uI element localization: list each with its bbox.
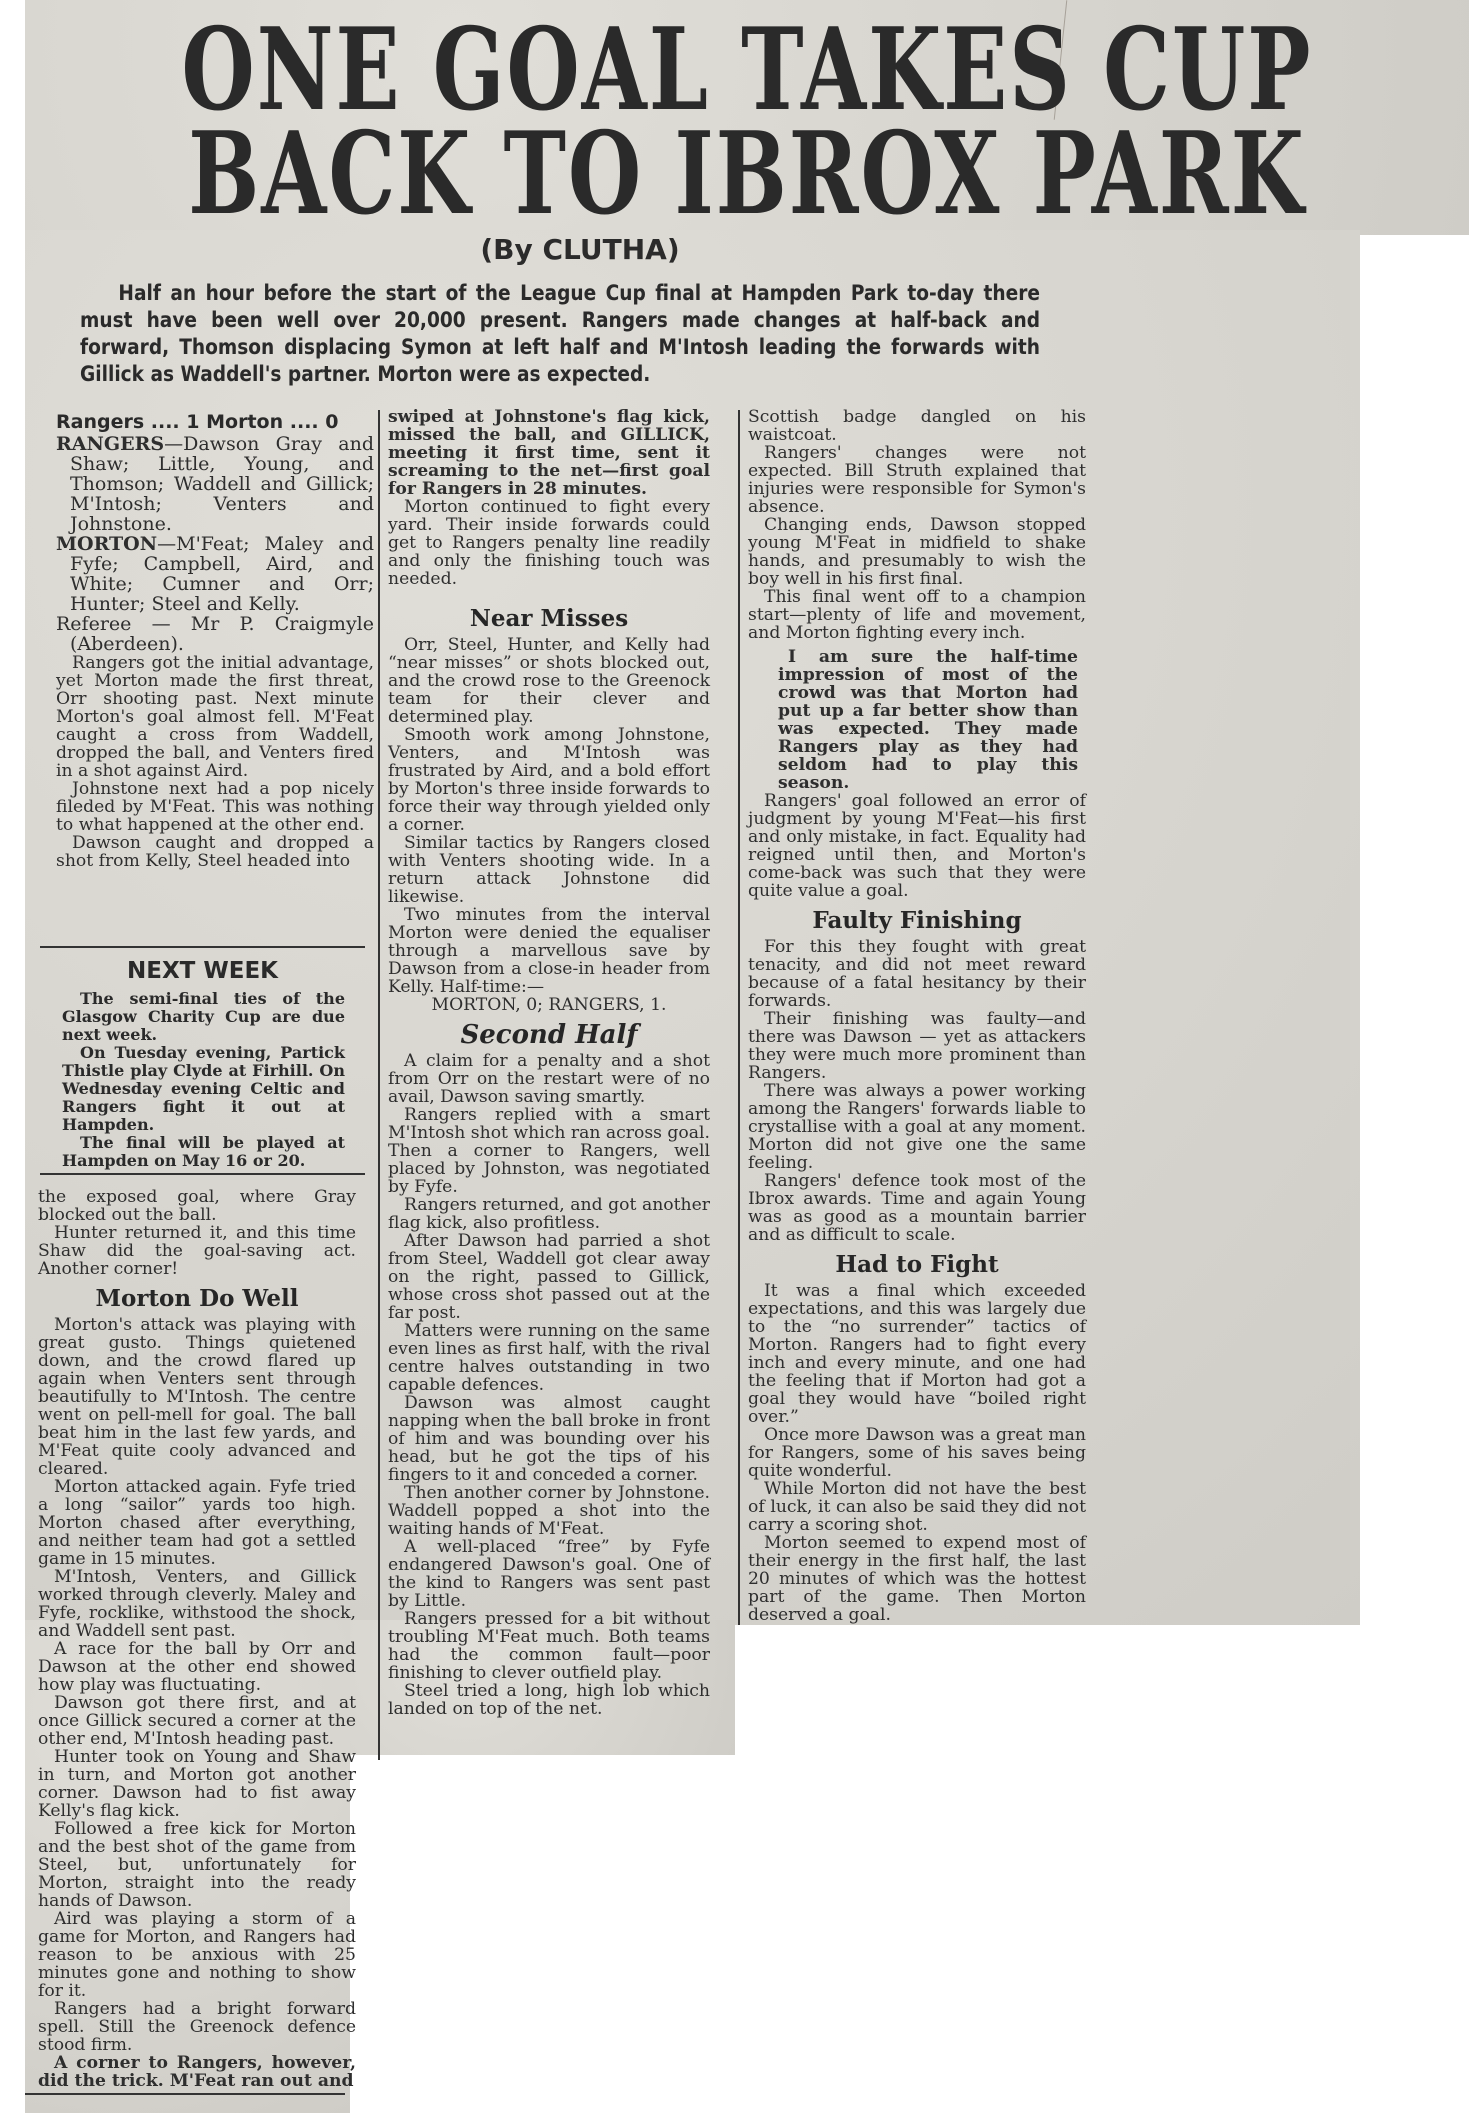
subheading-morton-do-well: Morton Do Well bbox=[38, 1284, 356, 1314]
away-team: Morton bbox=[206, 411, 283, 433]
paragraph: There was always a power working among t… bbox=[748, 1082, 1086, 1172]
byline: (By CLUTHA) bbox=[300, 233, 860, 266]
paragraph: the exposed goal, where Gray blocked out… bbox=[38, 1188, 356, 1224]
column-1: Rangers .... 1 Morton .... 0 RANGERS—Daw… bbox=[56, 410, 374, 870]
paragraph: This final went off to a champion start—… bbox=[748, 588, 1086, 642]
column-3: Scottish badge dangled on his waistcoat.… bbox=[748, 408, 1086, 1624]
next-week-title: NEXT WEEK bbox=[40, 958, 365, 984]
paragraph: Hunter returned it, and this time Shaw d… bbox=[38, 1224, 356, 1278]
subheading-faulty-finishing: Faulty Finishing bbox=[748, 906, 1086, 936]
headline-line-2: BACK TO IBROX PARK bbox=[25, 117, 1469, 230]
paragraph: Followed a free kick for Morton and the … bbox=[38, 1820, 356, 1910]
morton-lineup: MORTON—M'Feat; Maley and Fyfe; Campbell,… bbox=[56, 534, 374, 614]
rangers-label: RANGERS bbox=[56, 433, 164, 455]
paragraph: Steel tried a long, high lob which lande… bbox=[388, 1682, 710, 1718]
home-team: Rangers bbox=[56, 411, 144, 433]
paragraph: Once more Dawson was a great man for Ran… bbox=[748, 1426, 1086, 1480]
paragraph: Johnstone next had a pop nicely fileded … bbox=[56, 780, 374, 834]
paragraph: Morton continued to fight every yard. Th… bbox=[388, 498, 710, 588]
next-week-box: NEXT WEEK The semi-final ties of the Gla… bbox=[40, 946, 365, 1175]
column-rule bbox=[738, 410, 740, 1625]
subheading-second-half: Second Half bbox=[388, 1020, 710, 1050]
halftime-score: MORTON, 0; RANGERS, 1. bbox=[388, 996, 710, 1014]
paragraph: Dawson was almost caught napping when th… bbox=[388, 1394, 710, 1484]
paragraph: Orr, Steel, Hunter, and Kelly had “near … bbox=[388, 636, 710, 726]
paragraph: Hunter took on Young and Shaw in turn, a… bbox=[38, 1748, 356, 1820]
paragraph: While Morton did not have the best of lu… bbox=[748, 1480, 1086, 1534]
column-2: swiped at Johnstone's flag kick, missed … bbox=[388, 408, 710, 1718]
home-goals: 1 bbox=[186, 411, 199, 433]
paragraph: Rangers got the initial advantage, yet M… bbox=[56, 654, 374, 780]
paragraph: Dawson got there first, and at once Gill… bbox=[38, 1694, 356, 1748]
away-goals: 0 bbox=[325, 411, 338, 433]
paragraph: A corner to Rangers, however, did the tr… bbox=[38, 2054, 356, 2090]
paragraph: Matters were running on the same even li… bbox=[388, 1322, 710, 1394]
lineups: RANGERS—Dawson Gray and Shaw; Little, Yo… bbox=[56, 434, 374, 654]
paragraph: Rangers' goal followed an error of judgm… bbox=[748, 792, 1086, 900]
column-1-continued: the exposed goal, where Gray blocked out… bbox=[38, 1188, 356, 2090]
paragraph: For this they fought with great tenacity… bbox=[748, 938, 1086, 1010]
paragraph: Similar tactics by Rangers closed with V… bbox=[388, 834, 710, 906]
subheading-near-misses: Near Misses bbox=[388, 604, 710, 634]
paragraph: Rangers' changes were not expected. Bill… bbox=[748, 444, 1086, 516]
paragraph: Morton attacked again. Fyfe tried a long… bbox=[38, 1478, 356, 1568]
bottom-rule bbox=[25, 2093, 345, 2095]
paragraph: Morton's attack was playing with great g… bbox=[38, 1316, 356, 1478]
intro-paragraph: Half an hour before the start of the Lea… bbox=[80, 280, 1040, 388]
paragraph: Changing ends, Dawson stopped young M'Fe… bbox=[748, 516, 1086, 588]
paragraph: The final will be played at Hampden on M… bbox=[62, 1134, 345, 1170]
paragraph: Rangers' defence took most of the Ibrox … bbox=[748, 1172, 1086, 1244]
score-separator: .... bbox=[151, 411, 180, 433]
paragraph: Aird was playing a storm of a game for M… bbox=[38, 1910, 356, 2000]
score-line: Rangers .... 1 Morton .... 0 bbox=[56, 410, 374, 434]
paragraph: Dawson caught and dropped a shot from Ke… bbox=[56, 834, 374, 870]
paragraph: It was a final which exceeded expectatio… bbox=[748, 1282, 1086, 1426]
paragraph: After Dawson had parried a shot from Ste… bbox=[388, 1232, 710, 1322]
paragraph: A race for the ball by Orr and Dawson at… bbox=[38, 1640, 356, 1694]
morton-label: MORTON bbox=[56, 533, 157, 555]
paragraph: Then another corner by Johnstone. Waddel… bbox=[388, 1484, 710, 1538]
paragraph: Morton seemed to expend most of their en… bbox=[748, 1534, 1086, 1624]
paragraph: Two minutes from the interval Morton wer… bbox=[388, 906, 710, 996]
referee: Referee — Mr P. Craigmyle (Aberdeen). bbox=[56, 614, 374, 654]
paragraph: M'Intosh, Venters, and Gillick worked th… bbox=[38, 1568, 356, 1640]
subheading-had-to-fight: Had to Fight bbox=[748, 1250, 1086, 1280]
score-separator: .... bbox=[290, 411, 319, 433]
paragraph: The semi-final ties of the Glasgow Chari… bbox=[62, 990, 345, 1044]
next-week-body: The semi-final ties of the Glasgow Chari… bbox=[40, 990, 365, 1170]
paragraph: On Tuesday evening, Partick Thistle play… bbox=[62, 1044, 345, 1134]
paragraph: A claim for a penalty and a shot from Or… bbox=[388, 1052, 710, 1106]
paragraph: Rangers pressed for a bit without troubl… bbox=[388, 1610, 710, 1682]
column-rule bbox=[378, 410, 380, 1760]
paragraph: A well-placed “free” by Fyfe endangered … bbox=[388, 1538, 710, 1610]
paragraph: Rangers returned, and got another flag k… bbox=[388, 1196, 710, 1232]
goal-paragraph: swiped at Johnstone's flag kick, missed … bbox=[388, 408, 710, 498]
paragraph: Scottish badge dangled on his waistcoat. bbox=[748, 408, 1086, 444]
paragraph: Rangers had a bright forward spell. Stil… bbox=[38, 2000, 356, 2054]
paragraph: Their finishing was faulty—and there was… bbox=[748, 1010, 1086, 1082]
paragraph: Rangers replied with a smart M'Intosh sh… bbox=[388, 1106, 710, 1196]
paragraph: Smooth work among Johnstone, Venters, an… bbox=[388, 726, 710, 834]
bold-opinion-paragraph: I am sure the half-time impression of mo… bbox=[748, 642, 1086, 792]
rangers-lineup: RANGERS—Dawson Gray and Shaw; Little, Yo… bbox=[56, 434, 374, 534]
